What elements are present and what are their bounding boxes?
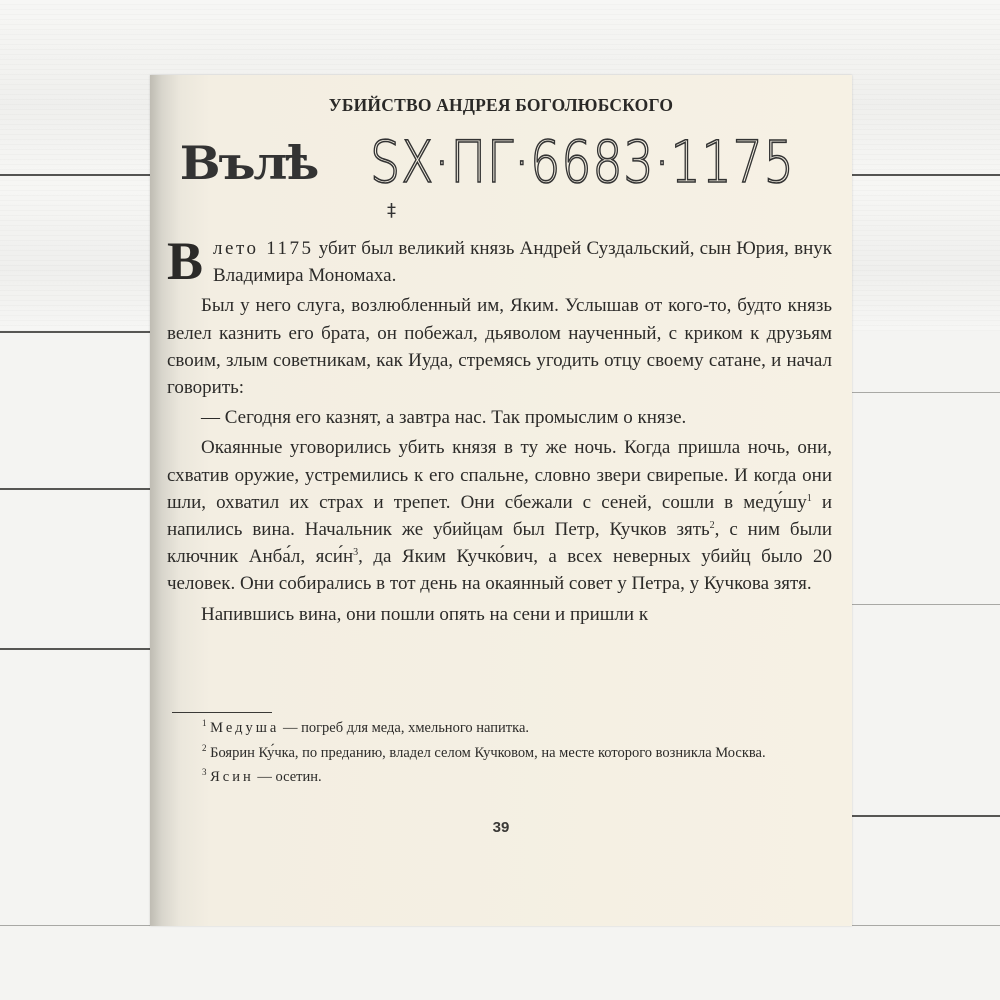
old-slavonic-word: Вълѣ — [180, 136, 318, 190]
paragraph-2: Был у него слуга, возлюбленный им, Яким.… — [167, 292, 832, 401]
footnote-divider — [172, 712, 272, 713]
lead-in-spaced: лето 1175 — [213, 238, 313, 259]
date-ornament: Вълѣ ЅХ·ПГ·6683·1175 ‡ — [175, 130, 795, 250]
footnotes: 1 Медуша — погреб для меда, хмельного на… — [170, 718, 830, 789]
book-page: УБИЙСТВО АНДРЕЯ БОГОЛЮБСКОГО Вълѣ ЅХ·ПГ·… — [150, 75, 852, 926]
paragraph-5: Напившись вина, они пошли опять на сени … — [167, 601, 832, 628]
ornamental-date-line: ЅХ·ПГ·6683·1175 — [370, 128, 795, 196]
cross-mark-icon: ‡ — [387, 200, 396, 221]
paragraph-4: Окаянные уговорились убить князя в ту же… — [167, 434, 832, 597]
chapter-title: УБИЙСТВО АНДРЕЯ БОГОЛЮБСКОГО — [150, 95, 852, 116]
drop-cap: В — [167, 239, 203, 283]
footnote-1: 1 Медуша — погреб для меда, хмельного на… — [170, 718, 830, 740]
footnote-2: 2 Боярин Ку́чка, по преданию, владел сел… — [170, 743, 830, 765]
footnote-3: 3 Ясин — осетин. — [170, 767, 830, 789]
body-text: Влето 1175 убит был великий князь Андрей… — [167, 235, 832, 628]
page-number: 39 — [150, 819, 852, 836]
paragraph-3-dialogue: — Сегодня его казнят, а завтра нас. Так … — [167, 404, 832, 431]
paragraph-1: Влето 1175 убит был великий князь Андрей… — [167, 235, 832, 289]
